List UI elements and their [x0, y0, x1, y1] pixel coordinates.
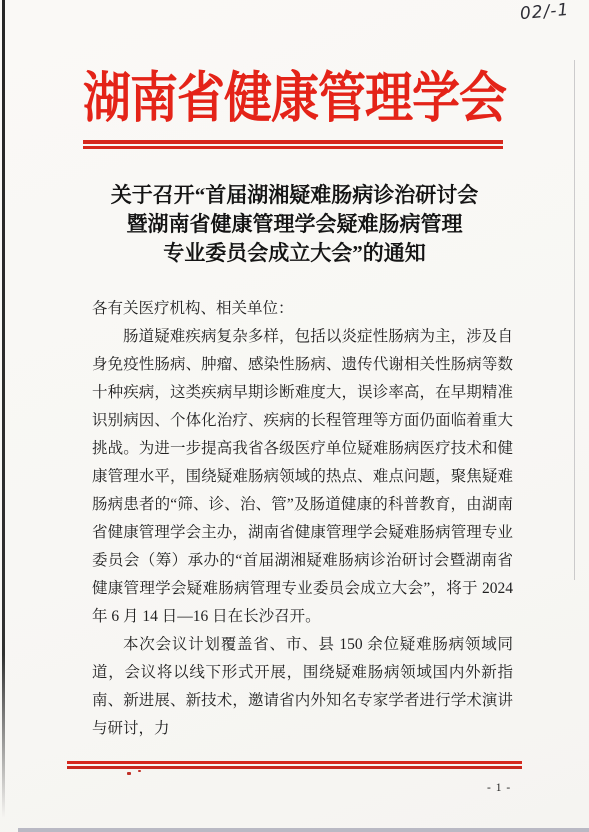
- scan-right-edge: [574, 60, 575, 580]
- handwritten-annotation: 02/-1: [519, 0, 570, 24]
- body-paragraph: 本次会议计划覆盖省、市、县 150 余位疑难肠病领域同道，会议将以线下形式开展，…: [92, 631, 513, 743]
- document-title-line1: 关于召开“首届湖湘疑难肠病诊治研讨会: [40, 181, 549, 210]
- scan-artifact: [138, 770, 141, 772]
- document-title-line3: 专业委员会成立大会”的通知: [40, 239, 549, 268]
- scanned-notice-page: 02/-1 湖南省健康管理学会 关于召开“首届湖湘疑难肠病诊治研讨会 暨湖南省健…: [0, 0, 589, 832]
- document-title-line2: 暨湖南省健康管理学会疑难肠病管理: [40, 210, 549, 239]
- salutation-line: 各有关医疗机构、相关单位：: [92, 295, 513, 323]
- footer-double-rule: [67, 761, 522, 769]
- scan-bottom-edge: [18, 828, 589, 832]
- page-number: - 1 -: [487, 782, 511, 794]
- document-body: 各有关医疗机构、相关单位： 肠道疑难疾病复杂多样，包括以炎症性肠病为主，涉及自身…: [92, 295, 513, 743]
- document-title: 关于召开“首届湖湘疑难肠病诊治研讨会 暨湖南省健康管理学会疑难肠病管理 专业委员…: [40, 181, 549, 268]
- scan-artifact: [127, 772, 131, 775]
- body-paragraph: 肠道疑难疾病复杂多样，包括以炎症性肠病为主，涉及自身免疫性肠病、肿瘤、感染性肠病…: [92, 323, 513, 631]
- letterhead-org-name: 湖南省健康管理学会: [0, 54, 589, 133]
- letterhead-double-rule: [83, 140, 503, 149]
